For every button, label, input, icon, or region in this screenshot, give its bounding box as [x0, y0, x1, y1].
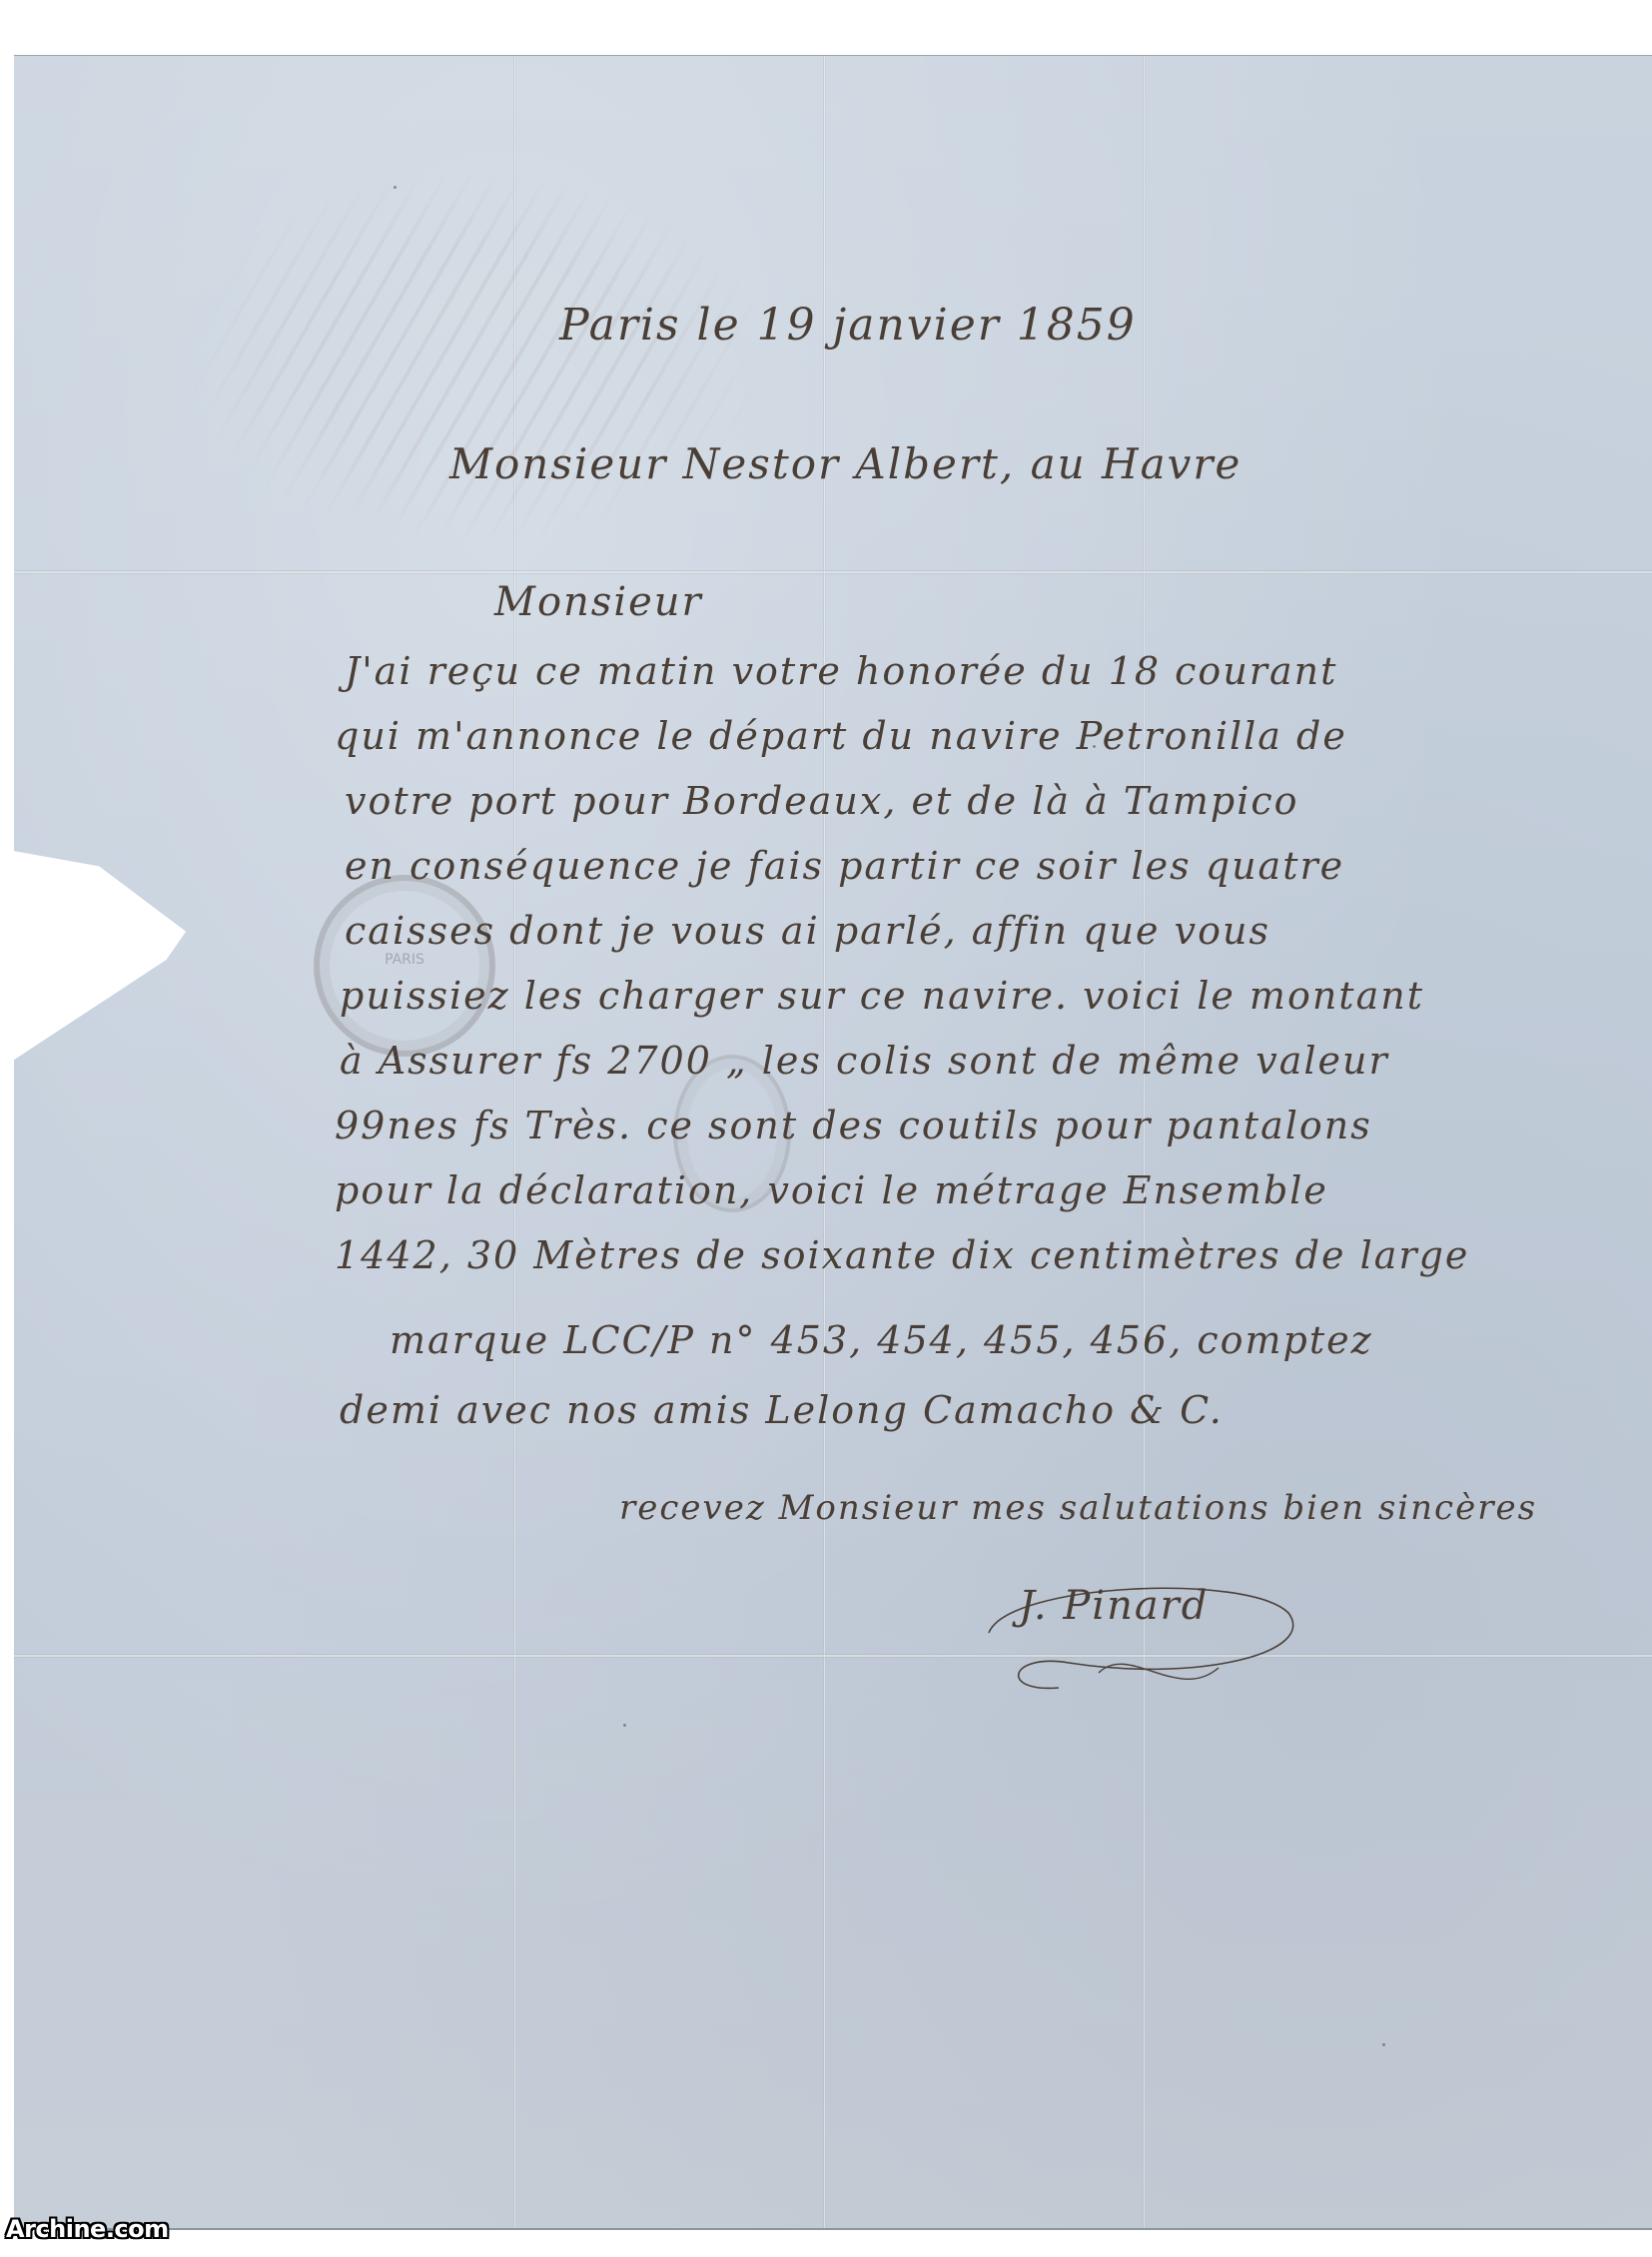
fold-line-horizontal [14, 1654, 1652, 1658]
signature-block: J. Pinard [949, 1573, 1328, 1703]
body-line: demi avec nos amis Lelong Camacho & C. [340, 1388, 1224, 1432]
body-line: à Assurer fs 2700 „ les colis sont de mê… [340, 1039, 1389, 1083]
body-line: puissiez les charger sur ce navire. voic… [340, 974, 1424, 1018]
body-line: caisses dont je vous ai parlé, affin que… [345, 909, 1270, 953]
closing-formula: recevez Monsieur mes salutations bien si… [619, 1488, 1537, 1528]
place-and-date: Paris le 19 janvier 1859 [559, 300, 1137, 351]
body-line: en conséquence je fais partir ce soir le… [345, 844, 1344, 888]
body-line: J'ai reçu ce matin votre honorée du 18 c… [345, 649, 1337, 693]
fold-line-horizontal [14, 570, 1652, 574]
body-line: qui m'annonce le départ du navire Petron… [335, 714, 1347, 758]
body-line: marque LCC/P n° 453, 454, 455, 456, comp… [390, 1318, 1373, 1362]
signature-name: J. Pinard [1019, 1583, 1209, 1629]
body-line: votre port pour Bordeaux, et de là à Tam… [345, 779, 1299, 823]
site-watermark: Archine.com [6, 2215, 169, 2243]
body-line: pour la déclaration, voici le métrage En… [335, 1168, 1328, 1212]
addressee: Monsieur Nestor Albert, au Havre [449, 439, 1241, 488]
salutation: Monsieur [494, 579, 703, 625]
body-line: 99nes fs Très. ce sont des coutils pour … [335, 1104, 1372, 1147]
body-line: 1442, 30 Mètres de soixante dix centimèt… [335, 1233, 1469, 1277]
postmark-stamp: PARIS [314, 875, 495, 1057]
